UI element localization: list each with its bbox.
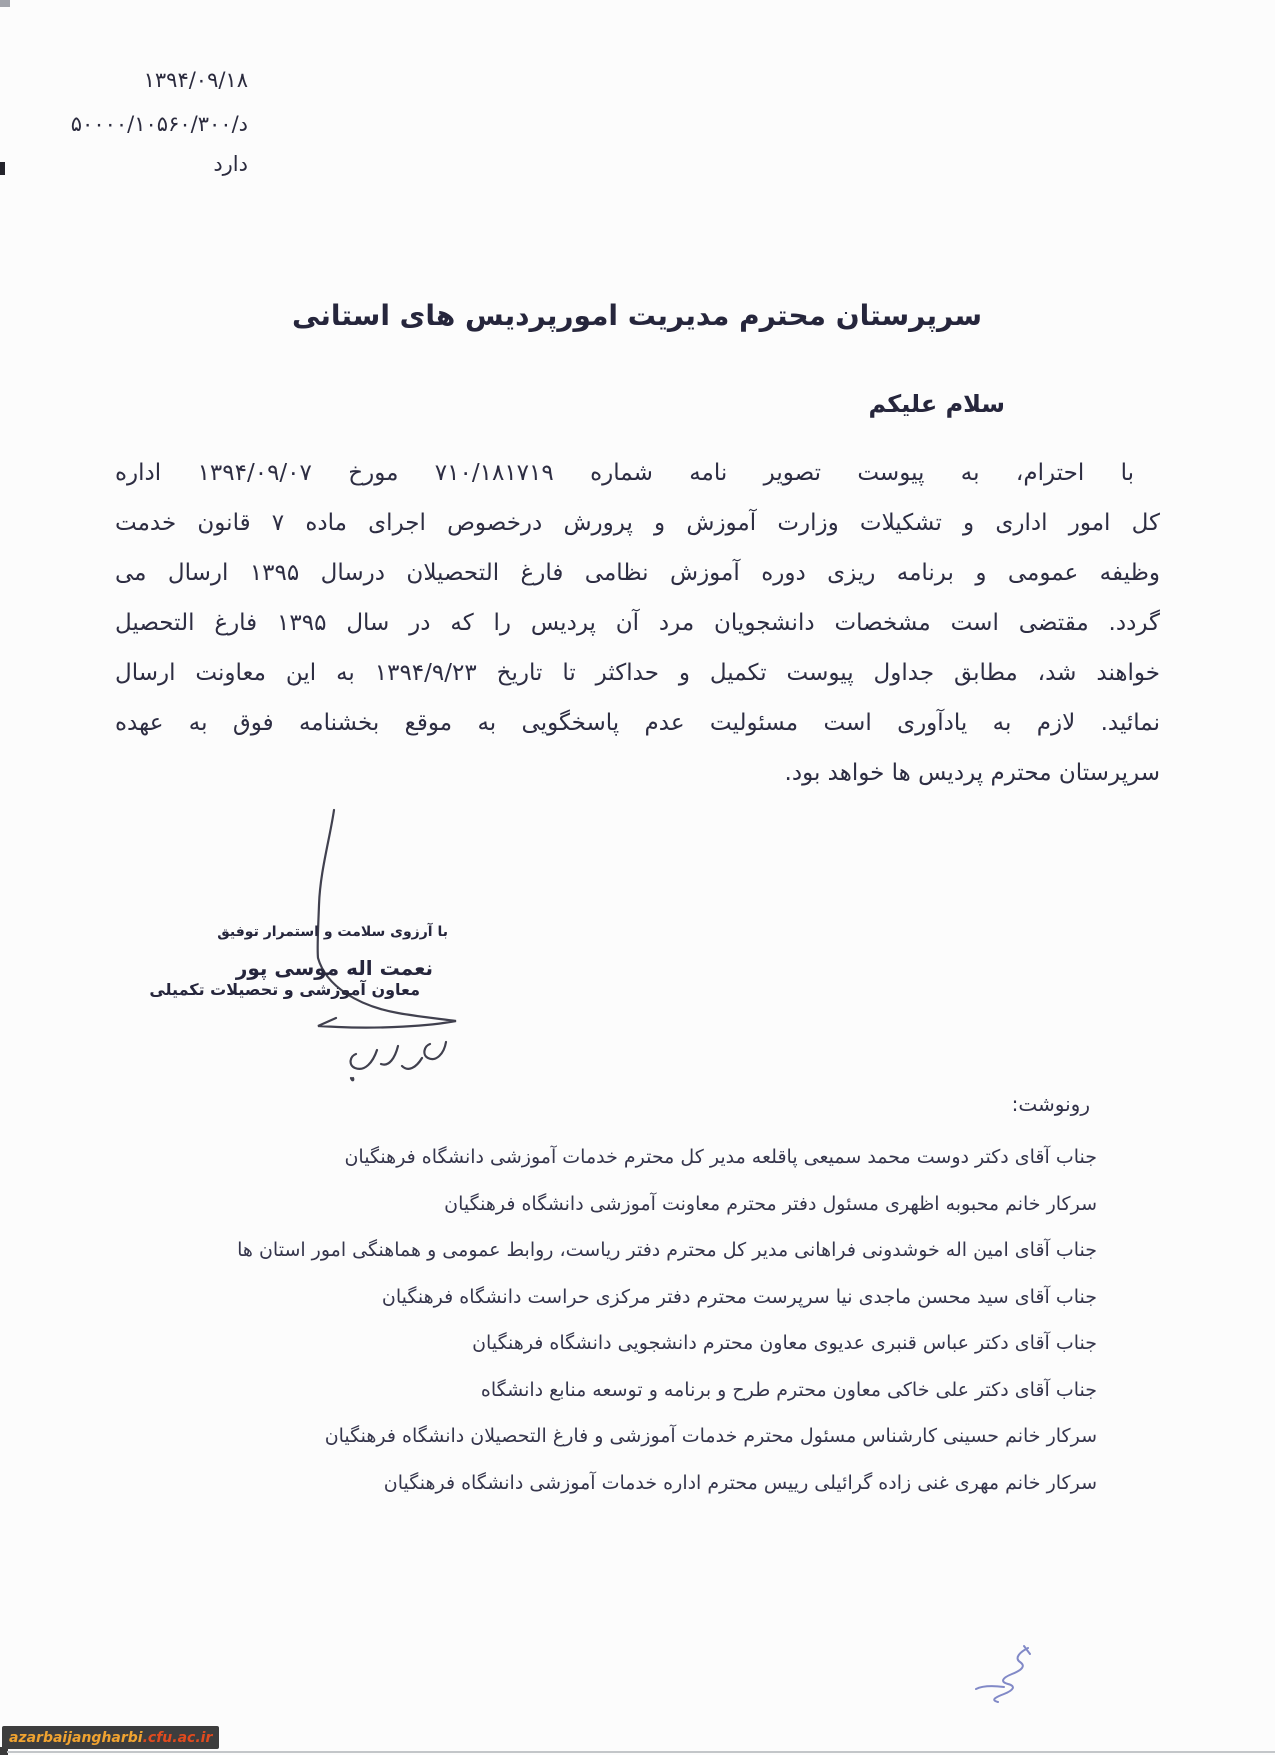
letter-attachment-indicator: دارد (213, 152, 248, 176)
body-line: با احترام، به پیوست تصویر نامه شماره ۷۱۰… (115, 448, 1160, 498)
body-line: نمائید. لازم به یادآوری است مسئولیت عدم … (115, 698, 1160, 748)
signature-handwriting (351, 1042, 446, 1080)
scan-corner-speck (0, 0, 10, 7)
body-line: سرپرستان محترم پردیس ها خواهد بود. (115, 748, 1160, 798)
cc-item: جناب آقای دکتر دوست محمد سمیعی پاقلعه مد… (197, 1146, 1097, 1193)
recipient-title: سرپرستان محترم مدیریت امورپردیس های استا… (292, 299, 982, 332)
blue-pen-mark (976, 1646, 1030, 1702)
cc-item: سرکار خانم مهری غنی زاده گرائیلی رییس مح… (197, 1472, 1097, 1519)
cc-list: جناب آقای دکتر دوست محمد سمیعی پاقلعه مد… (197, 1146, 1097, 1518)
signatory-title: معاون آموزشی و تحصیلات تکمیلی (149, 980, 420, 999)
letter-body: با احترام، به پیوست تصویر نامه شماره ۷۱۰… (115, 448, 1160, 798)
body-line: کل امور اداری و تشکیلات وزارت آموزش و پر… (115, 498, 1160, 548)
cc-item: جناب آقای دکتر عباس قنبری عدیوی معاون مح… (197, 1332, 1097, 1379)
cc-label: رونوشت: (1012, 1092, 1090, 1116)
watermark-site-domain: .cfu.ac.ir (143, 1730, 213, 1746)
salutation: سلام علیکم (868, 390, 1005, 418)
cc-item: جناب آقای امین اله خوشدونی فراهانی مدیر … (197, 1239, 1097, 1286)
watermark-badge: azarbaijangharbi.cfu.ac.ir (2, 1726, 219, 1749)
signature-wish: با آرزوی سلامت و استمرار توفیق (217, 924, 448, 940)
signatory-name: نعمت اله موسی پور (236, 956, 433, 980)
cc-item: جناب آقای سید محسن ماجدی نیا سرپرست محتر… (197, 1286, 1097, 1333)
letter-date: ۱۳۹۴/۰۹/۱۸ (144, 68, 248, 92)
cc-item: سرکار خانم حسینی کارشناس مسئول محترم خدم… (197, 1425, 1097, 1472)
scan-bottom-line (7, 1751, 1275, 1753)
scan-edge-mark (0, 162, 5, 175)
body-line: خواهند شد، مطابق جداول پیوست تکمیل و حدا… (115, 648, 1160, 698)
watermark-site-name: azarbaijangharbi (9, 1730, 143, 1746)
cc-item: سرکار خانم محبوبه اظهری مسئول دفتر محترم… (197, 1193, 1097, 1240)
letter-ref-number: د/۵۰۰۰۰/۱۰۵۶۰/۳۰۰ (71, 112, 248, 136)
cc-item: جناب آقای دکتر علی خاکی معاون محترم طرح … (197, 1379, 1097, 1426)
body-line: وظیفه عمومی و برنامه ریزی دوره آموزش نظا… (115, 548, 1160, 598)
scanned-letter-page: ۱۳۹۴/۰۹/۱۸ د/۵۰۰۰۰/۱۰۵۶۰/۳۰۰ دارد سرپرست… (0, 0, 1275, 1755)
body-line: گردد. مقتضی است مشخصات دانشجویان مرد آن … (115, 598, 1160, 648)
